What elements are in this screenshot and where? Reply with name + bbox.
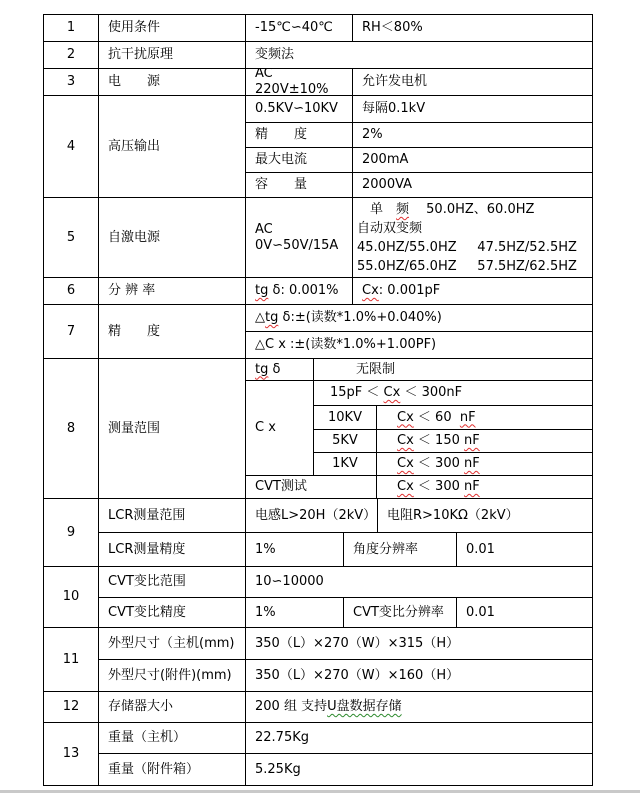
row11-number: 11	[43, 627, 98, 691]
row1-humidity: RH＜80%	[352, 14, 592, 41]
row8-cx-overall-range: 15pF ＜ Cx ＜ 300nF	[313, 380, 592, 405]
row8-range-5kv: Cx ＜ 150 nF	[376, 429, 592, 452]
row10-ratio-resolution-label: CVT变比分辨率	[343, 597, 456, 627]
row8-kv-10kv: 10KV	[313, 405, 376, 429]
row4-accuracy-label: 精 度	[245, 122, 352, 147]
row8-cvt-range: Cx ＜ 300 nF	[376, 475, 592, 498]
row2-number: 2	[43, 41, 98, 68]
row5-label: 自激电源	[98, 197, 245, 277]
row9-label-range: LCR测量范围	[98, 498, 245, 532]
row1-number: 1	[43, 14, 98, 41]
row13-main-weight: 22.75Kg	[245, 722, 592, 753]
row12-number: 12	[43, 691, 98, 722]
row10-ratio-range: 10∽10000	[245, 566, 592, 597]
row12-storage-value: 200 组 支持U盘数据存储	[245, 691, 592, 722]
row11-accessory-dimensions: 350（L）×270（W）×160（H）	[245, 659, 592, 691]
row10-label-range: CVT变比范围	[98, 566, 245, 597]
row8-label: 测量范围	[98, 358, 245, 498]
document-page: 1 2 3 4 5 6 7 8 9 10 11 12 13 使用条件 抗干扰原理…	[0, 0, 640, 793]
row8-range-1kv: Cx ＜ 300 nF	[376, 452, 592, 475]
row6-tgd-resolution: tg δ: 0.001%	[245, 277, 352, 304]
row3-generator: 允许发电机	[352, 68, 592, 95]
row4-current-value: 200mA	[352, 147, 592, 172]
row8-kv-1kv: 1KV	[313, 452, 376, 475]
row10-accuracy-value: 1%	[245, 597, 343, 627]
row7-tgd-accuracy: △tg δ:±(读数*1.0%+0.040%)	[245, 304, 592, 331]
row8-tgd-label: tg δ	[245, 358, 313, 380]
row2-value: 变频法	[245, 41, 592, 68]
row10-ratio-resolution-value: 0.01	[456, 597, 592, 627]
row4-capacity-label: 容 量	[245, 172, 352, 197]
row11-label-accessory: 外型尺寸(附件)(mm)	[98, 659, 245, 691]
row3-number: 3	[43, 68, 98, 95]
row9-label-accuracy: LCR测量精度	[98, 532, 245, 566]
row10-label-accuracy: CVT变比精度	[98, 597, 245, 627]
row11-label-main: 外型尺寸（主机(mm)	[98, 627, 245, 659]
row10-number: 10	[43, 566, 98, 627]
row7-label: 精 度	[98, 304, 245, 358]
row4-range-label: 0.5KV∽10KV	[245, 95, 352, 122]
row4-label: 高压输出	[98, 95, 245, 197]
row12-label: 存储器大小	[98, 691, 245, 722]
row13-accessory-weight: 5.25Kg	[245, 753, 592, 785]
row9-angle-resolution-label: 角度分辨率	[343, 532, 456, 566]
row1-temperature: -15℃∽40℃	[245, 14, 352, 41]
row4-accuracy-value: 2%	[352, 122, 592, 147]
row5-voltage: AC 0V∽50V/15A	[245, 197, 352, 277]
row5-frequency-detail: 单 频 50.0HZ、60.0HZ 自动双变频 45.0HZ/55.0HZ 47…	[352, 197, 592, 277]
row13-label-main: 重量（主机）	[98, 722, 245, 753]
row6-cx-resolution: Cx: 0.001pF	[352, 277, 592, 304]
row3-label: 电 源	[98, 68, 245, 95]
row13-number: 13	[43, 722, 98, 785]
row8-cvt-label: CVT测试	[245, 475, 376, 498]
row8-cx-label: C x	[245, 380, 313, 475]
row5-number: 5	[43, 197, 98, 277]
row9-accuracy-value: 1%	[245, 532, 343, 566]
row4-current-label: 最大电流	[245, 147, 352, 172]
row8-kv-5kv: 5KV	[313, 429, 376, 452]
spec-table: 1 2 3 4 5 6 7 8 9 10 11 12 13 使用条件 抗干扰原理…	[43, 14, 593, 786]
row4-number: 4	[43, 95, 98, 197]
row6-label: 分 辨 率	[98, 277, 245, 304]
row3-voltage: AC 220V±10%	[245, 68, 352, 95]
row8-number: 8	[43, 358, 98, 498]
row13-label-accessory: 重量（附件箱）	[98, 753, 245, 785]
row1-label: 使用条件	[98, 14, 245, 41]
row4-capacity-value: 2000VA	[352, 172, 592, 197]
row9-angle-resolution-value: 0.01	[456, 532, 592, 566]
row11-main-dimensions: 350（L）×270（W）×315（H）	[245, 627, 592, 659]
row9-number: 9	[43, 498, 98, 566]
row9-resistance: 电阻R>10KΩ（2kV）	[377, 498, 592, 532]
row6-number: 6	[43, 277, 98, 304]
row7-number: 7	[43, 304, 98, 358]
row8-range-10kv: Cx ＜ 60 nF	[376, 405, 592, 429]
row8-tgd-value: 无限制	[313, 358, 592, 380]
row9-inductance: 电感L>20H（2kV）	[245, 498, 377, 532]
row7-cx-accuracy: △C x :±(读数*1.0%+1.00PF)	[245, 331, 592, 358]
row2-label: 抗干扰原理	[98, 41, 245, 68]
row4-range-value: 每隔0.1kV	[352, 95, 592, 122]
